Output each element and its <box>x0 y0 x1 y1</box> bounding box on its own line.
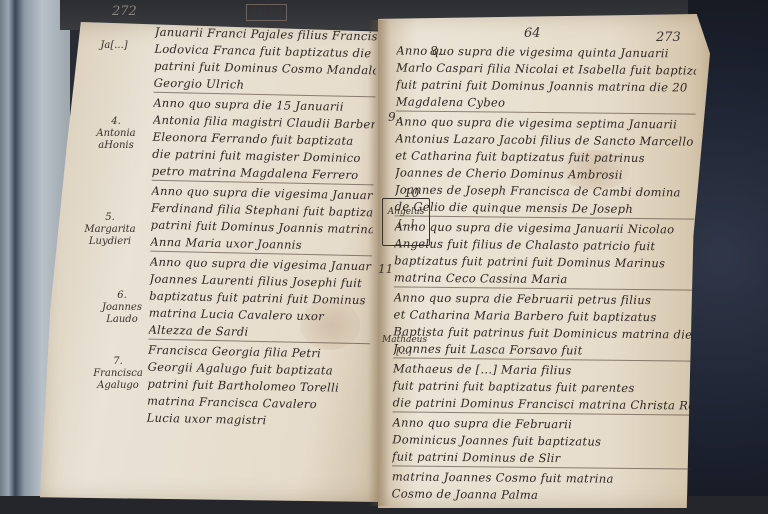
margin-note: 4. Antonia aHonis <box>86 116 146 152</box>
text-line: Joannes fuit Lasca Forsavo fuit <box>393 340 693 361</box>
text-line: Altezza de Sardi <box>148 322 370 345</box>
text-line: fuit patrini Dominus de Slir <box>392 448 692 469</box>
text-line: Cosmo de Joanna Palma <box>392 485 692 505</box>
page-number-center: 64 <box>524 26 541 41</box>
text-line: matrina Ceco Cassina Maria <box>394 269 694 290</box>
entry-number: 11 <box>378 262 393 276</box>
page-number-right: 273 <box>656 30 681 45</box>
text-line: de Gelio die quinque mensis De Joseph <box>395 198 695 219</box>
text-line: Magdalena Cybeo <box>396 93 696 114</box>
page-number-boxed: 1614 <box>246 4 287 21</box>
margin-note: 6. Joannes Laudo <box>92 290 152 326</box>
text-line: die patrini Dominus Francisci matrina Ch… <box>393 394 693 415</box>
text-line: Lucia uxor magistri <box>147 410 369 432</box>
text-line: petro matrina Magdalena Ferrero <box>152 163 374 186</box>
left-page-text: Januarii Franci Pajales filius Francisci… <box>145 24 377 499</box>
margin-note: 7. Francisca Agalugo <box>88 356 148 392</box>
page-number-faint: 272 <box>112 4 137 19</box>
right-page-text: Anno quo supra die vigesima quinta Janua… <box>392 42 697 505</box>
margin-note: Ja[...] <box>84 40 144 52</box>
margin-note: 5. Margarita Luydieri <box>80 212 140 248</box>
